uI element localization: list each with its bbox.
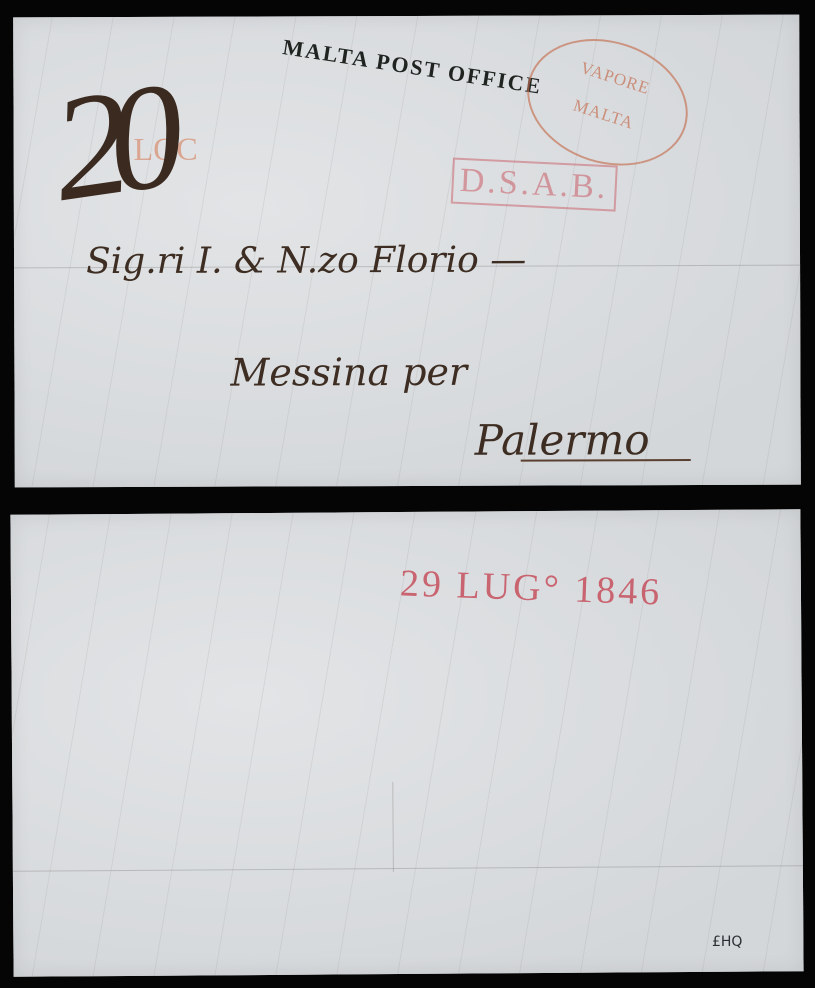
fold-line (13, 865, 803, 872)
address-underline (521, 459, 691, 462)
arrival-date-stamp: 29 LUG° 1846 (399, 561, 663, 614)
address-line-2: Messina per (230, 350, 467, 395)
manuscript-rate: 20 (42, 50, 175, 236)
vapore-malta-oval-stamp: VAPORE MALTA (511, 19, 704, 185)
fold-line (392, 782, 394, 872)
address-line-1: Sig.ri I. & N.zo Florio — (86, 240, 526, 283)
malta-post-office-handstamp: MALTA POST OFFICE (281, 34, 544, 100)
address-line-3: Palermo (475, 415, 650, 465)
pencil-note: £HQ (712, 934, 742, 950)
letter-front: MALTA POST OFFICE VAPORE MALTA D.S.A.B. … (13, 15, 801, 488)
boxed-red-stamp: D.S.A.B. (451, 158, 618, 212)
